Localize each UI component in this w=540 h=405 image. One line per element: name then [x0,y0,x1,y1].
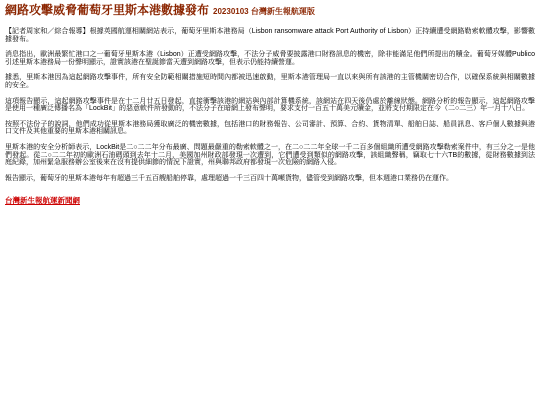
page-title: 網路攻擊威脅葡萄牙里斯本港數據發布20230103 台灣新生報航運版 [5,4,535,18]
article-paragraph: 消息指出，歐洲最繁忙港口之一葡萄牙里斯本港（Lisbon）正遭受網路攻擊，不法分… [5,51,535,66]
headline-text: 網路攻擊威脅葡萄牙里斯本港數據發布 [5,3,209,17]
article-paragraph: 里斯本港的安全分析師表示，LockBit是二○二二年分布最廣、問題最嚴重的勒索軟… [5,144,535,167]
article-paragraph: 【記者周家和／綜合報導】根據英國航運相關網站表示，葡萄牙里斯本港務局（Lisbo… [5,28,535,43]
footer-link[interactable]: 台灣新生報航運新聞網 [5,197,80,205]
article-paragraph: 按照不法份子的說詞，他們成功從里斯本港務局獲取廣泛的機密數據，包括港口的財務報告… [5,121,535,136]
article-body: 【記者周家和／綜合報導】根據英國航運相關網站表示，葡萄牙里斯本港務局（Lisbo… [5,28,535,182]
news-article-page: 網路攻擊威脅葡萄牙里斯本港數據發布20230103 台灣新生報航運版 【記者周家… [0,0,540,208]
article-paragraph: 報告顯示，葡萄牙的里斯本港每年有超過三千五百艘船舶停靠，處理超過一千三百四十萬噸… [5,175,535,183]
date-edition-label: 20230103 台灣新生報航運版 [213,7,315,16]
article-paragraph: 這項報告顯示，這起網路攻擊事件是在十二月廿五日發起，直接衝擊該港的網站與內部計算… [5,98,535,113]
article-paragraph: 據悉，里斯本港因為這起網路攻擊事件，所有安全防範相關措施短時間內都被迅速啟動，里… [5,74,535,89]
